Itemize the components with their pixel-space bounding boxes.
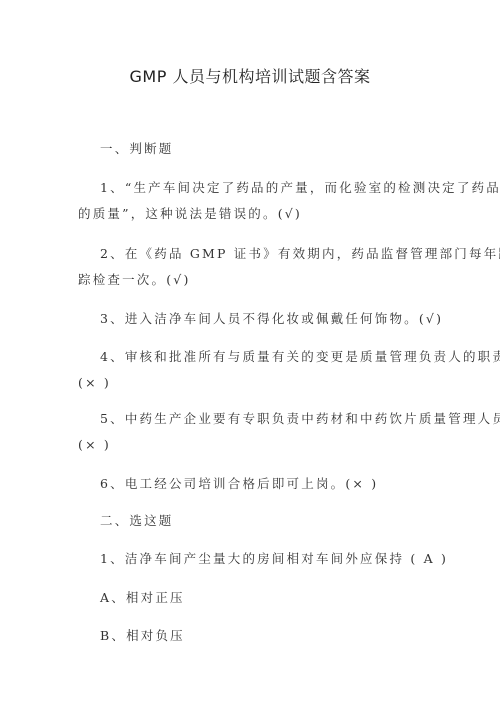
question-6: 6、电工经公司培训合格后即可上岗。(× ): [100, 476, 378, 492]
mc-option-a: A、相对正压: [100, 590, 185, 606]
question-4-line-1: 4、审核和批准所有与质量有关的变更是质量管理负责人的职责。: [100, 349, 500, 365]
question-5-answer: (× ): [78, 437, 111, 453]
question-3: 3、进入洁净车间人员不得化妆或佩戴任何饰物。(√): [100, 311, 443, 327]
question-1-line-2: 的质量”，这种说法是错误的。(√): [78, 206, 302, 222]
question-5-line-1: 5、中药生产企业要有专职负责中药材和中药饮片质量管理人员。: [100, 411, 500, 427]
question-4-answer: (× ): [78, 375, 111, 391]
section-heading-true-false: 一、判断题: [100, 141, 174, 157]
question-2-line-2: 踪检查一次。(√): [78, 272, 191, 288]
document-title: GMP 人员与机构培训试题含答案: [0, 64, 500, 87]
mc-question-1: 1、洁净车间产尘量大的房间相对车间外应保持 ( A ): [100, 551, 448, 567]
section-heading-multiple-choice: 二、选这题: [100, 513, 174, 529]
question-1-line-1: 1、“生产车间决定了药品的产量，而化验室的检测决定了药品: [100, 180, 500, 196]
question-2-line-1: 2、在《药品 GMP 证书》有效期内，药品监督管理部门每年跟: [100, 246, 500, 262]
mc-option-b: B、相对负压: [100, 628, 185, 644]
